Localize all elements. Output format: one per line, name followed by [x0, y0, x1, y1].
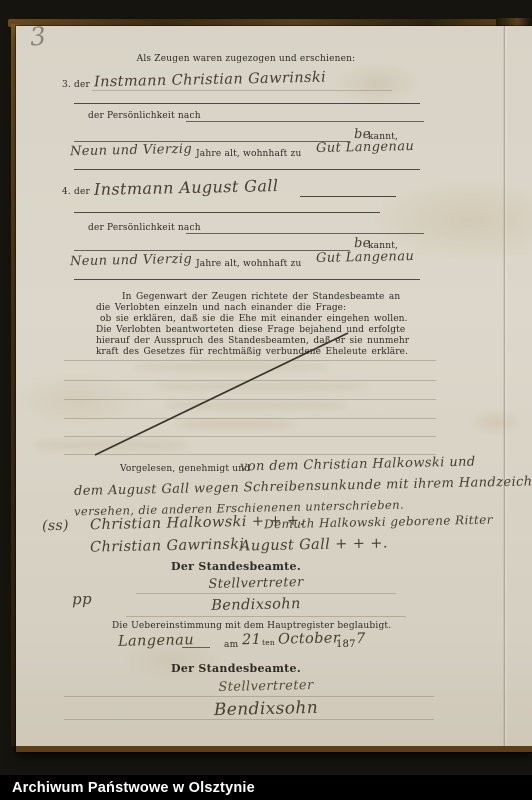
cert-am: am [224, 640, 238, 650]
ruled-line [92, 90, 392, 91]
ruled-line [64, 696, 434, 697]
declaration-line-5: hierauf der Ausspruch des Standesbeamten… [96, 336, 409, 346]
registrar-heading-1: Der Standesbeamte. [116, 560, 356, 573]
declaration-line-2: die Verlobten einzeln und nach einander … [96, 303, 346, 313]
ink-bleed-through [176, 420, 296, 429]
ink-bleed-through [166, 401, 346, 410]
signature-gall: August Gall + + +. [240, 535, 388, 554]
entry-line [74, 169, 420, 170]
witness-intro: Als Zeugen waren zugezogen und erschiene… [56, 54, 436, 64]
identity-label-1: der Persönlichkeit nach [88, 111, 201, 121]
ruled-line [136, 593, 396, 594]
registrar-name-signature-1: Bendixsohn [156, 595, 356, 615]
registrar-role-signature-1: Stellvertreter [156, 574, 356, 593]
closing-printed: Vorgelesen, genehmigt und [120, 464, 250, 474]
cert-month: October [278, 630, 340, 647]
age-handwritten-2: Neun und Vierzig [70, 252, 192, 270]
registrar-role-signature-2: Stellvertreter [166, 677, 366, 696]
page-number: 3 [29, 21, 48, 52]
declaration-line-6: kraft des Gesetzes für rechtmäßig verbun… [96, 347, 408, 357]
ruled-line [64, 418, 436, 419]
page-gutter-crease [503, 26, 507, 746]
ink-bleed-through [156, 382, 366, 391]
witness3-name: Instmann Christian Gawrinski [94, 70, 326, 91]
residence-handwritten-2: Gut Langenau [316, 249, 414, 266]
entry-line [300, 196, 396, 197]
registrar-name-signature-2: Bendixsohn [156, 697, 376, 722]
age-handwritten-1: Neun und Vierzig [70, 142, 192, 160]
ink-bleed-through [136, 362, 326, 371]
entry-line [74, 250, 350, 251]
archive-watermark-text: Archiwum Państwowe w Olsztynie [12, 780, 255, 796]
entry-line [186, 233, 424, 234]
registrar-heading-2: Der Standesbeamte. [116, 662, 356, 675]
ink-bleed-through [36, 440, 186, 450]
closing-handwritten-1: von dem Christian Halkowski und [240, 455, 476, 475]
declaration-line-4: Die Verlobten beantworteten diese Frage … [96, 325, 405, 335]
ruled-line [64, 436, 436, 437]
age-printed-2: Jahre alt, wohnhaft zu [196, 259, 301, 269]
closing-handwritten-2: dem August Gall wegen Schreibensunkunde … [74, 474, 532, 499]
declaration-line-3: ob sie erklären, daß sie die Ehe mit ein… [100, 314, 408, 324]
ruled-line [64, 380, 436, 381]
declaration-line-1: In Gegenwart der Zeugen richtete der Sta… [122, 292, 400, 302]
cert-year-printed: 187 [336, 639, 356, 650]
residence-handwritten-1: Gut Langenau [316, 139, 414, 156]
entry-line [74, 141, 350, 142]
margin-note-pp: pp [72, 590, 92, 608]
ruled-line [64, 719, 434, 720]
entry-line [186, 121, 424, 122]
margin-note-ss: (ss) [42, 518, 69, 535]
ruled-line [126, 616, 406, 617]
witness4-name: Instmann August Gall [94, 176, 279, 199]
entry-line [74, 212, 380, 213]
register-page: 3 Als Zeugen waren zugezogen und erschie… [16, 26, 532, 752]
ruled-line [64, 360, 436, 361]
age-printed-1: Jahre alt, wohnhaft zu [196, 149, 301, 159]
flourish-line [182, 647, 210, 648]
witness4-prefix: 4. der [62, 187, 90, 197]
ruled-line [64, 454, 436, 455]
certification-text: Die Uebereinstimmung mit dem Hauptregist… [112, 621, 391, 631]
entry-line [74, 103, 420, 104]
archive-watermark-bar: Archiwum Państwowe w Olsztynie [0, 775, 532, 800]
cert-year-handwritten: 7 [356, 631, 366, 647]
identity-label-2: der Persönlichkeit nach [88, 223, 201, 233]
entry-line [74, 279, 420, 280]
cert-ten: ten [262, 638, 275, 647]
ruled-line [64, 399, 436, 400]
witness3-prefix: 3. der [62, 80, 90, 90]
cert-day: 21 [242, 632, 262, 648]
signature-gawrinski: Christian Gawrinski. [90, 536, 250, 555]
